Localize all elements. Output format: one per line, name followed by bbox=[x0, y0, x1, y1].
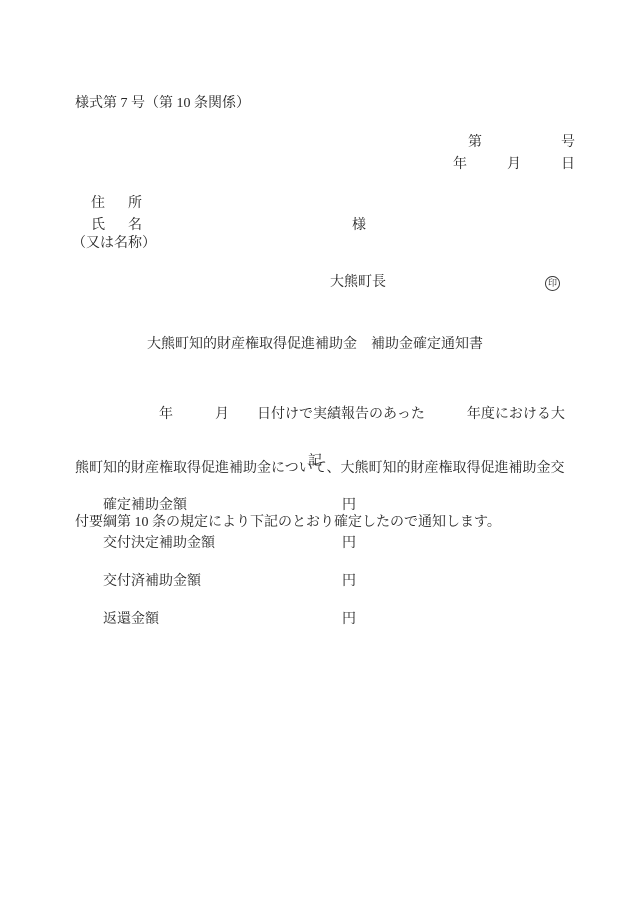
form-number: 様式第 7 号（第 10 条関係） bbox=[75, 94, 250, 114]
document-number-suffix: 号 bbox=[561, 133, 575, 153]
amount-row-paid: 交付済補助金額 円 bbox=[103, 572, 356, 592]
honorific-sama: 様 bbox=[352, 216, 366, 236]
address-label-row: 住 所 bbox=[91, 194, 142, 214]
month-label: 月 bbox=[507, 155, 521, 175]
section-heading-ki: 記 bbox=[0, 451, 630, 473]
alt-name-label: （又は名称） bbox=[72, 234, 156, 254]
year-label: 年 bbox=[453, 155, 467, 175]
amount-row-granted-decision: 交付決定補助金額 円 bbox=[103, 534, 356, 554]
document-title: 大熊町知的財産権取得促進補助金 補助金確定通知書 bbox=[0, 335, 630, 355]
yen-unit: 円 bbox=[342, 572, 356, 592]
amount-label: 交付済補助金額 bbox=[103, 572, 201, 592]
amount-label: 返還金額 bbox=[103, 610, 159, 630]
document-page: 様式第 7 号（第 10 条関係） 第 号 年 月 日 住 所 氏 名 様 （又… bbox=[0, 0, 630, 903]
seal-icon: 印 bbox=[545, 276, 560, 291]
document-number-line: 第 号 bbox=[468, 133, 575, 153]
date-line: 年 月 日 bbox=[453, 155, 575, 175]
name-label-second: 名 bbox=[128, 216, 142, 236]
address-label-second: 所 bbox=[128, 194, 142, 214]
yen-unit: 円 bbox=[342, 610, 356, 630]
day-label: 日 bbox=[561, 155, 575, 175]
sender-mayor-title: 大熊町長 bbox=[330, 273, 386, 293]
yen-unit: 円 bbox=[342, 496, 356, 516]
amount-label: 交付決定補助金額 bbox=[103, 534, 215, 554]
amount-row-refund: 返還金額 円 bbox=[103, 610, 356, 630]
name-label-row: 氏 名 bbox=[91, 216, 142, 236]
amount-label: 確定補助金額 bbox=[103, 496, 187, 516]
document-number-prefix: 第 bbox=[468, 133, 482, 153]
name-label-first: 氏 bbox=[91, 216, 105, 236]
yen-unit: 円 bbox=[342, 534, 356, 554]
amount-row-confirmed: 確定補助金額 円 bbox=[103, 496, 356, 516]
body-line-1: 年 月 日付けで実績報告のあった 年度における大 bbox=[75, 404, 575, 426]
address-label-first: 住 bbox=[91, 194, 105, 214]
